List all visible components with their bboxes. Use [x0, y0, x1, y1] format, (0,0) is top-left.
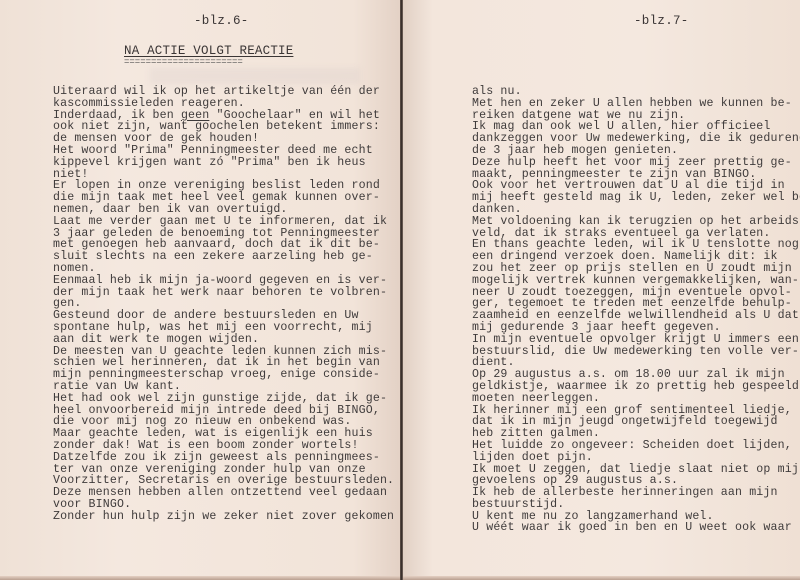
text-line: Laat me verder gaan met U te informeren,…: [53, 216, 394, 228]
text-line: Met hen en zeker U allen hebben we kunne…: [472, 98, 800, 110]
text-line: der mijn taak het werk naar behoren te v…: [53, 287, 394, 299]
book-spine: [400, 0, 403, 580]
left-page: -blz.6- NA ACTIE VOLGT REACTIE =========…: [0, 0, 401, 580]
text-line: Eenmaal heb ik mijn ja-woord gegeven en …: [53, 275, 394, 287]
text-line: Het luidde zo ongeveer: Scheiden doet li…: [472, 440, 800, 452]
right-page: -blz.7- als nu.Met hen en zeker U allen …: [401, 0, 800, 580]
article-body: Uiteraard wil ik op het artikeltje van é…: [53, 86, 394, 522]
text-line: geldkistje, waarmee ik zo prettig heb ge…: [472, 381, 800, 393]
text-line: kippevel krijgen want zó "Prima" ben ik …: [53, 157, 394, 169]
text-line: zou het zeer op prijs stellen en U zoudt…: [472, 263, 800, 275]
text-line: bestuurstijd.: [472, 499, 800, 511]
text-line: In mijn eventuele opvolger krijgt U imme…: [472, 334, 800, 346]
text-line: ratie van Uw kant.: [53, 381, 394, 393]
text-line: sluit slechts na een zekere aarzeling he…: [53, 251, 394, 263]
paper-smudge: [150, 68, 360, 84]
title-double-underline: ======================: [124, 58, 243, 66]
text-line: bestuurslid, die Uw medewerking ten voll…: [472, 346, 800, 358]
text-line: lijden doet pijn.: [472, 452, 800, 464]
text-line: danken.: [472, 204, 800, 216]
text-line: U wéét waar ik goed in ben en U weet ook…: [472, 522, 800, 534]
text-line: mogelijk vertrek kunnen vergemakkelijken…: [472, 275, 800, 287]
text-line: moeten neerleggen.: [472, 393, 800, 405]
text-line: Datzelfde zou ik zijn geweest als pennin…: [53, 452, 394, 464]
text-line: aan dit werk te mogen wijden.: [53, 334, 394, 346]
text-line: kascommissieleden reageren.: [53, 98, 394, 110]
page-number: -blz.6-: [194, 14, 249, 28]
text-line: de 3 jaar heb mogen genieten.: [472, 145, 800, 157]
text-line: Het had ook wel zijn gunstige zijde, dat…: [53, 393, 394, 405]
text-line: Zonder hun hulp zijn we zeker niet zover…: [53, 511, 394, 523]
text-line: mij gedurende 3 jaar heeft gegeven.: [472, 322, 800, 334]
article-body-continued: als nu.Met hen en zeker U allen hebben w…: [472, 86, 800, 534]
article-title: NA ACTIE VOLGT REACTIE: [124, 44, 293, 58]
text-line: zonder dak! Wat is een boom zonder worte…: [53, 440, 394, 452]
text-line: voor BINGO.: [53, 499, 394, 511]
text-line: nemen, daar ben ik van overtuigd.: [53, 204, 394, 216]
text-line: spontane hulp, was het mij een voorrecht…: [53, 322, 394, 334]
text-line: Met voldoening kan ik terugzien op het a…: [472, 216, 800, 228]
text-line: Het woord "Prima" Penningmeester deed me…: [53, 145, 394, 157]
text-line: nomen.: [53, 263, 394, 275]
page-number: -blz.7-: [634, 14, 689, 28]
text-line: Deze hulp heeft het voor mij zeer pretti…: [472, 157, 800, 169]
